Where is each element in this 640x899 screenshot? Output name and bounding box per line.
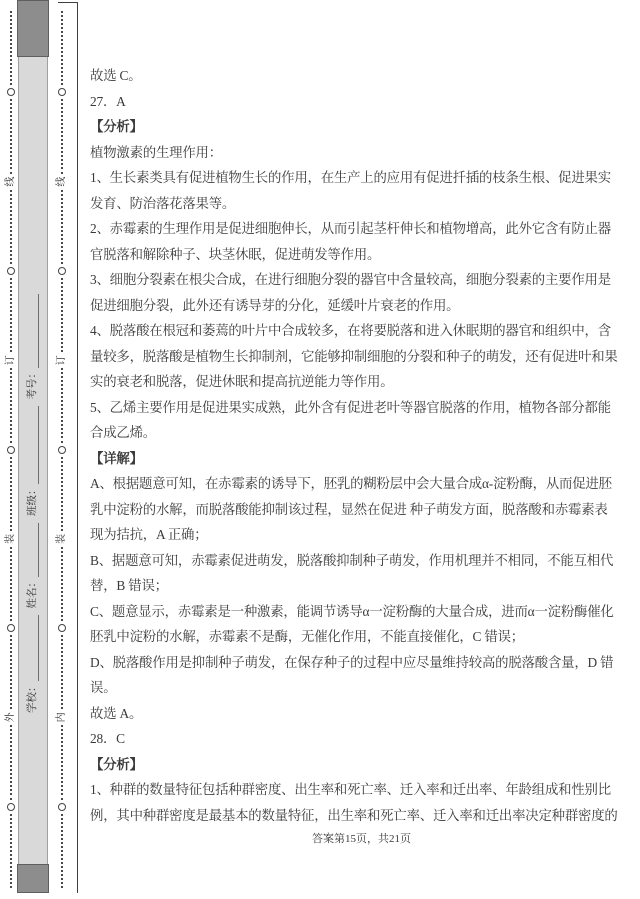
student-field-blank	[28, 616, 39, 682]
student-field: 姓名：	[28, 523, 39, 609]
text-line: 误。	[90, 674, 633, 700]
text-line: B、据题意可知，赤霉素促进萌发，脱落酸抑制种子萌发，作用机理并不相同，不能互相代	[90, 547, 633, 573]
text-line: 促进细胞分裂，此外还有诱导芽的分化，延缓叶片衰老的作用。	[90, 292, 633, 318]
text-line: D、脱落酸作用是抑制种子萌发，在保存种子的过程中应尽量维持较高的脱落酸含量，D …	[90, 649, 633, 675]
text-line: 【详解】	[90, 445, 633, 471]
dotted-line-segment	[61, 278, 63, 352]
student-field-label: 班级：	[28, 485, 39, 517]
binding-char: 装	[6, 534, 16, 544]
answer-content: 故选 C。27．A【分析】植物激素的生理作用：1、生长素类具有促进植物生长的作用…	[90, 62, 633, 827]
dotted-line-segment	[10, 814, 12, 888]
binding-circle-icon	[58, 446, 66, 454]
text-line: 实的衰老和脱落，促进休眠和提高抗逆能力等作用。	[90, 368, 633, 394]
binding-char: 内	[57, 712, 67, 722]
text-line: 量较多，脱落酸是植物生长抑制剂，它能够抑制细胞的分裂和种子的萌发，还有促进叶和果	[90, 343, 633, 369]
text-line: 3、细胞分裂素在根尖合成，在进行细胞分裂的器官中含量较高，细胞分裂素的主要作用是	[90, 266, 633, 292]
text-line: 替，B 错误；	[90, 572, 633, 598]
student-field-label: 学校：	[28, 682, 39, 714]
student-field: 班级：	[28, 407, 39, 517]
student-field-label: 考号：	[28, 368, 39, 400]
dotted-line-segment	[61, 814, 63, 888]
student-field: 考号：	[28, 294, 39, 400]
dotted-line-segment	[61, 725, 63, 799]
dotted-line-segment	[10, 190, 12, 264]
text-line: 故选 A。	[90, 700, 633, 726]
text-line: C、题意显示，赤霉素是一种激素，能调节诱导α一淀粉酶的大量合成，进而α一淀粉酶催…	[90, 598, 633, 624]
student-info-fields: 学校：姓名：班级：考号：	[19, 0, 47, 893]
text-line: 4、脱落酸在根冠和萎蔫的叶片中合成较多，在将要脱落和进入休眠期的器官和组织中，含	[90, 317, 633, 343]
binding-circle-icon	[7, 624, 15, 632]
binding-line-outer: 外装订线	[5, 0, 17, 899]
dotted-line-segment	[10, 547, 12, 621]
text-line: 1、种群的数量特征包括种群密度、出生率和死亡率、迁入率和迁出率、年龄组成和性别比	[90, 776, 633, 802]
text-line: A、根据题意可知，在赤霉素的诱导下，胚乳的糊粉层中会大量合成α-淀粉酶，从而促进…	[90, 470, 633, 496]
dotted-line-segment	[61, 368, 63, 442]
binding-circle-icon	[7, 88, 15, 96]
text-line: 故选 C。	[90, 62, 633, 88]
binding-char: 装	[57, 534, 67, 544]
binding-circle-icon	[7, 803, 15, 811]
margin-divider-line	[77, 2, 78, 893]
student-field-blank	[28, 523, 39, 577]
text-line: 5、乙烯主要作用是促进果实成熟，此外含有促进老叶等器官脱落的作用，植物各部分都能	[90, 394, 633, 420]
text-line: 【分析】	[90, 113, 633, 139]
dotted-line-segment	[61, 457, 63, 531]
student-field-blank	[28, 407, 39, 485]
binding-circle-icon	[58, 624, 66, 632]
student-field: 学校：	[28, 616, 39, 714]
dotted-line-segment	[61, 547, 63, 621]
text-line: 2、赤霉素的生理作用是促进细胞伸长，从而引起茎杆伸长和植物增高，此外它含有防止器	[90, 215, 633, 241]
text-line: 【分析】	[90, 751, 633, 777]
dotted-line-segment	[10, 457, 12, 531]
binding-circle-icon	[7, 446, 15, 454]
margin-divider-tick	[58, 2, 78, 3]
text-line: 现为拮抗，A 正确；	[90, 521, 633, 547]
student-field-label: 姓名：	[28, 577, 39, 609]
dotted-line-segment	[61, 99, 63, 173]
binding-char: 订	[6, 355, 16, 365]
dotted-line-segment	[10, 368, 12, 442]
binding-circle-icon	[58, 803, 66, 811]
dotted-line-segment	[10, 635, 12, 709]
binding-char: 线	[57, 177, 67, 187]
text-line: 乳中淀粉的水解，而脱落酸能抑制该过程，显然在促进 种子萌发方面，脱落酸和赤霉素表	[90, 496, 633, 522]
dotted-line-segment	[61, 11, 63, 85]
text-line: 1、生长素类具有促进植物生长的作用，在生产上的应用有促进扦插的枝条生根、促进果实	[90, 164, 633, 190]
text-line: 例，其中种群密度是最基本的数量特征，出生率和死亡率、迁入率和迁出率决定种群密度的	[90, 802, 633, 828]
dotted-line-segment	[10, 99, 12, 173]
dotted-line-segment	[61, 190, 63, 264]
binding-circle-icon	[7, 267, 15, 275]
binding-line-inner: 内装订线	[56, 0, 68, 899]
text-line: 合成乙烯。	[90, 419, 633, 445]
text-line: 28．C	[90, 725, 633, 751]
page-number-text: 答案第15页，共21页	[312, 830, 411, 846]
binding-char: 线	[6, 177, 16, 187]
text-line: 发育、防治落花落果等。	[90, 190, 633, 216]
dotted-line-segment	[10, 11, 12, 85]
binding-circle-icon	[58, 267, 66, 275]
dotted-line-segment	[10, 725, 12, 799]
exam-answer-page: 外装订线 内装订线 学校：姓名：班级：考号： 故选 C。27．A【分析】植物激素…	[0, 0, 640, 899]
text-line: 官脱落和解除种子、块茎休眠，促进萌发等作用。	[90, 241, 633, 267]
binding-char: 订	[57, 355, 67, 365]
binding-char: 外	[6, 712, 16, 722]
student-field-blank	[28, 294, 39, 368]
dotted-line-segment	[10, 278, 12, 352]
text-line: 27．A	[90, 88, 633, 114]
dotted-line-segment	[61, 635, 63, 709]
text-line: 植物激素的生理作用：	[90, 139, 633, 165]
binding-circle-icon	[58, 88, 66, 96]
text-line: 胚乳中淀粉的水解，赤霉素不是酶，无催化作用，不能直接催化，C 错误；	[90, 623, 633, 649]
page-footer: 答案第15页，共21页	[90, 828, 633, 848]
